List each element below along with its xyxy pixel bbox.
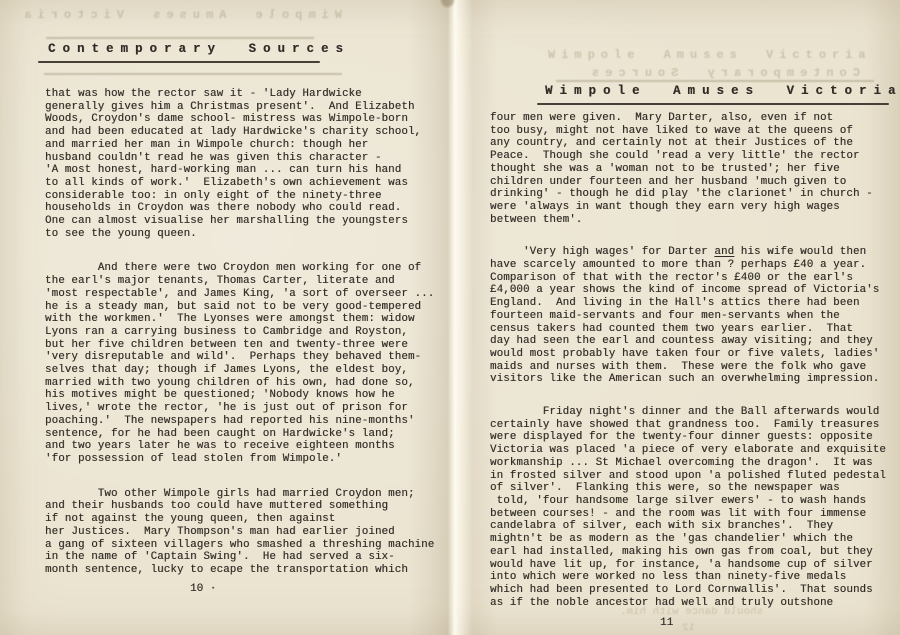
paragraph: four men were given. Mary Darter, also, … xyxy=(490,112,898,226)
left-bleed-header-text: Wimpole Amuses Victoria xyxy=(40,8,342,22)
right-bleed-underline xyxy=(556,80,874,82)
left-bleed-underline xyxy=(46,37,314,39)
left-page-body: that was how the rector saw it - 'Lady H… xyxy=(45,88,447,599)
right-bleed-header-text-2: Contemporary Sources xyxy=(568,66,860,80)
right-bleed-bottom-text: should dance with him. xyxy=(598,606,763,618)
right-bleed-page-number: 12 xyxy=(682,622,695,634)
paragraph: And there were two Croydon men working f… xyxy=(45,262,447,465)
right-page-body: four men were given. Mary Darter, also, … xyxy=(490,112,898,629)
paragraph-text: his wife would then have scarcely amount… xyxy=(490,246,879,385)
paragraph: Friday night's dinner and the Ball after… xyxy=(490,406,898,609)
paragraph: 'Very high wages' for Darter and his wif… xyxy=(490,246,898,386)
right-page-header: Wimpole Amuses Victoria xyxy=(545,84,900,98)
right-page-number: 11 xyxy=(660,617,673,629)
paragraph-text: 'Very high wages' for Darter xyxy=(490,246,714,258)
left-page-number: 10 · xyxy=(190,583,216,595)
paragraph: Two other Wimpole girls had married Croy… xyxy=(45,488,447,577)
left-page-header: Contemporary Sources xyxy=(48,42,350,56)
left-bleed-strike-line xyxy=(44,73,342,75)
right-bleed-header-text-1: Wimpole Amuses Victoria xyxy=(548,48,880,62)
right-header-underline xyxy=(537,103,889,105)
paragraph: that was how the rector saw it - 'Lady H… xyxy=(45,88,447,240)
underlined-word: and xyxy=(714,246,734,258)
left-header-underline xyxy=(38,61,320,63)
